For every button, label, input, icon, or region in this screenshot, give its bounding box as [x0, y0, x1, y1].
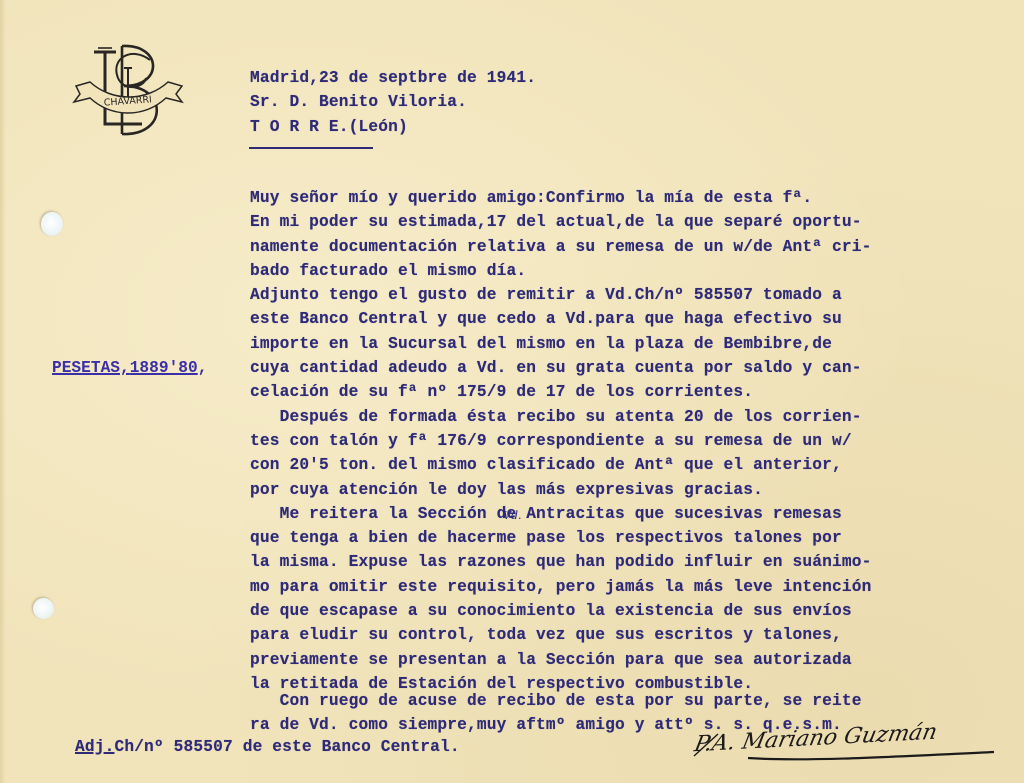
letter-header: Madrid,23 de septbre de 1941. Sr. D. Ben… [250, 66, 536, 139]
body-line: de que escapase a su conocimiento la exi… [250, 599, 871, 623]
body-line: este Banco Central y que cedo a Vd.para … [250, 307, 871, 331]
body-line: que tenga a bien de hacerme pase los res… [250, 526, 871, 550]
punch-hole-top [41, 212, 63, 236]
body-line: Adjunto tengo el gusto de remitir a Vd.C… [250, 283, 871, 307]
body-line: En mi poder su estimada,17 del actual,de… [250, 210, 871, 234]
body-line: Me reitera la Sección de Antracitas que … [250, 502, 871, 526]
amount-currency-label: PESETAS,1889'80 [52, 359, 198, 377]
closing-line: Con ruego de acuse de recibo de esta por… [250, 689, 862, 713]
monogram-icon: CHAVARRI [72, 38, 184, 142]
handwritten-insertion: Vd. [503, 509, 521, 522]
body-line: importe en la Sucursal del mismo en la p… [250, 332, 871, 356]
body-line: por cuya atención le doy las más expresi… [250, 478, 871, 502]
body-line: tes con talón y fª 176/9 correspondiente… [250, 429, 871, 453]
enclosure-note: Adj.Ch/nº 585507 de este Banco Central. [75, 735, 460, 759]
letterhead-monogram: CHAVARRI [72, 38, 184, 142]
body-line: Después de formada ésta recibo su atenta… [250, 405, 871, 429]
body-line: para eludir su control, toda vez que sus… [250, 623, 871, 647]
signature: P.A. Mariano Guzmán [688, 722, 998, 772]
enclosure-prefix: Adj. [75, 738, 114, 756]
date-line: Madrid,23 de septbre de 1941. [250, 69, 536, 87]
body-line: namente documentación relativa a su reme… [250, 235, 871, 259]
punch-hole-bottom [33, 598, 54, 619]
body-line: bado facturado el mismo día. [250, 259, 871, 283]
enclosure-text: Ch/nº 585507 de este Banco Central. [114, 738, 459, 756]
location-line: T O R R E.(León) [250, 118, 408, 136]
body-line: previamente se presentan a la Sección pa… [250, 648, 871, 672]
body-line: con 20'5 ton. del mismo clasificado de A… [250, 453, 871, 477]
amount-note: PESETAS,1889'80, [52, 356, 207, 380]
letter-body: Muy señor mío y querido amigo:Confirmo l… [250, 186, 871, 696]
body-line: celación de su fª nº 175/9 de 17 de los … [250, 380, 871, 404]
header-underline [249, 147, 373, 149]
paper-edge [0, 0, 6, 783]
body-line: Muy señor mío y querido amigo:Confirmo l… [250, 186, 871, 210]
body-line: la misma. Expuse las razones que han pod… [250, 550, 871, 574]
recipient-line: Sr. D. Benito Viloria. [250, 93, 467, 111]
body-line: mo para omitir este requisito, pero jamá… [250, 575, 871, 599]
body-line: cuya cantidad adeudo a Vd. en su grata c… [250, 356, 871, 380]
